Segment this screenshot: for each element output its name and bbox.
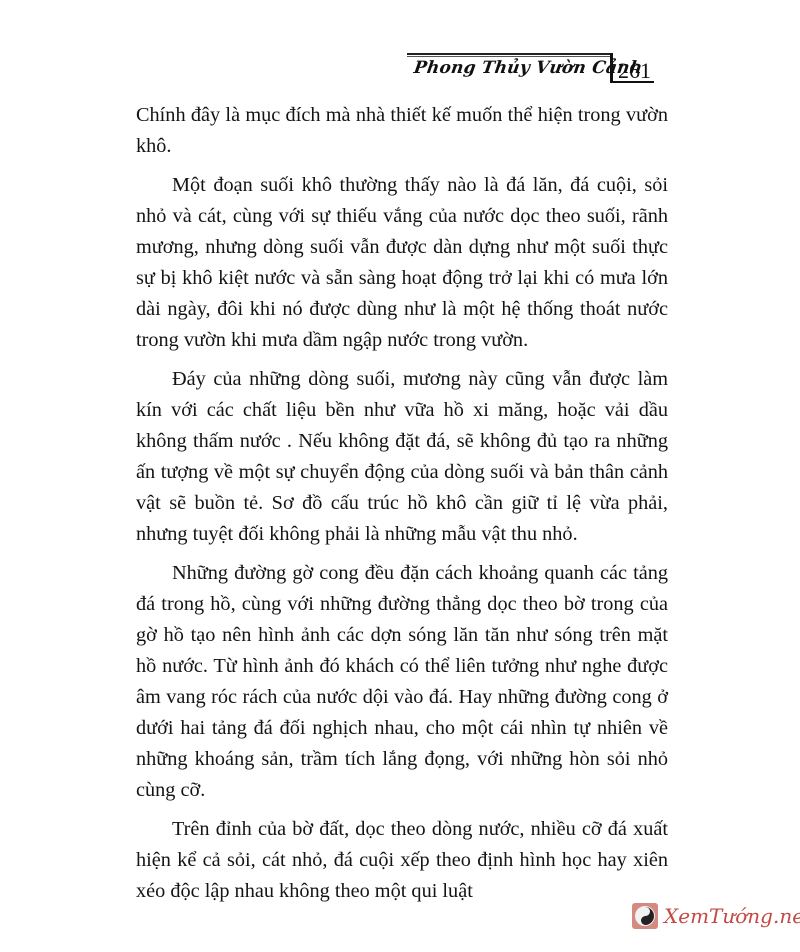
yin-yang-icon: [635, 906, 655, 926]
header-rule: [407, 53, 613, 55]
watermark-text: XemTướng.net: [664, 904, 800, 928]
watermark-logo: [632, 903, 658, 929]
watermark: XemTướng.net: [632, 899, 800, 933]
header-rule-thin: [407, 56, 613, 57]
book-page: Phong Thủy Vườn Cảnh 261 Chính đây là mụ…: [0, 0, 800, 952]
paragraph: Đáy của những dòng suối, mương này cũng …: [136, 364, 668, 550]
running-header-title: Phong Thủy Vườn Cảnh: [413, 58, 644, 78]
body-text: Chính đây là mục đích mà nhà thiết kế mu…: [136, 100, 668, 915]
page-number: 261: [618, 58, 651, 84]
paragraph: Những đường gờ cong đều đặn cách khoảng …: [136, 558, 668, 806]
paragraph: Trên đỉnh của bờ đất, dọc theo dòng nước…: [136, 814, 668, 907]
paragraph: Chính đây là mục đích mà nhà thiết kế mu…: [136, 100, 668, 162]
paragraph: Một đoạn suối khô thường thấy nào là đá …: [136, 170, 668, 356]
